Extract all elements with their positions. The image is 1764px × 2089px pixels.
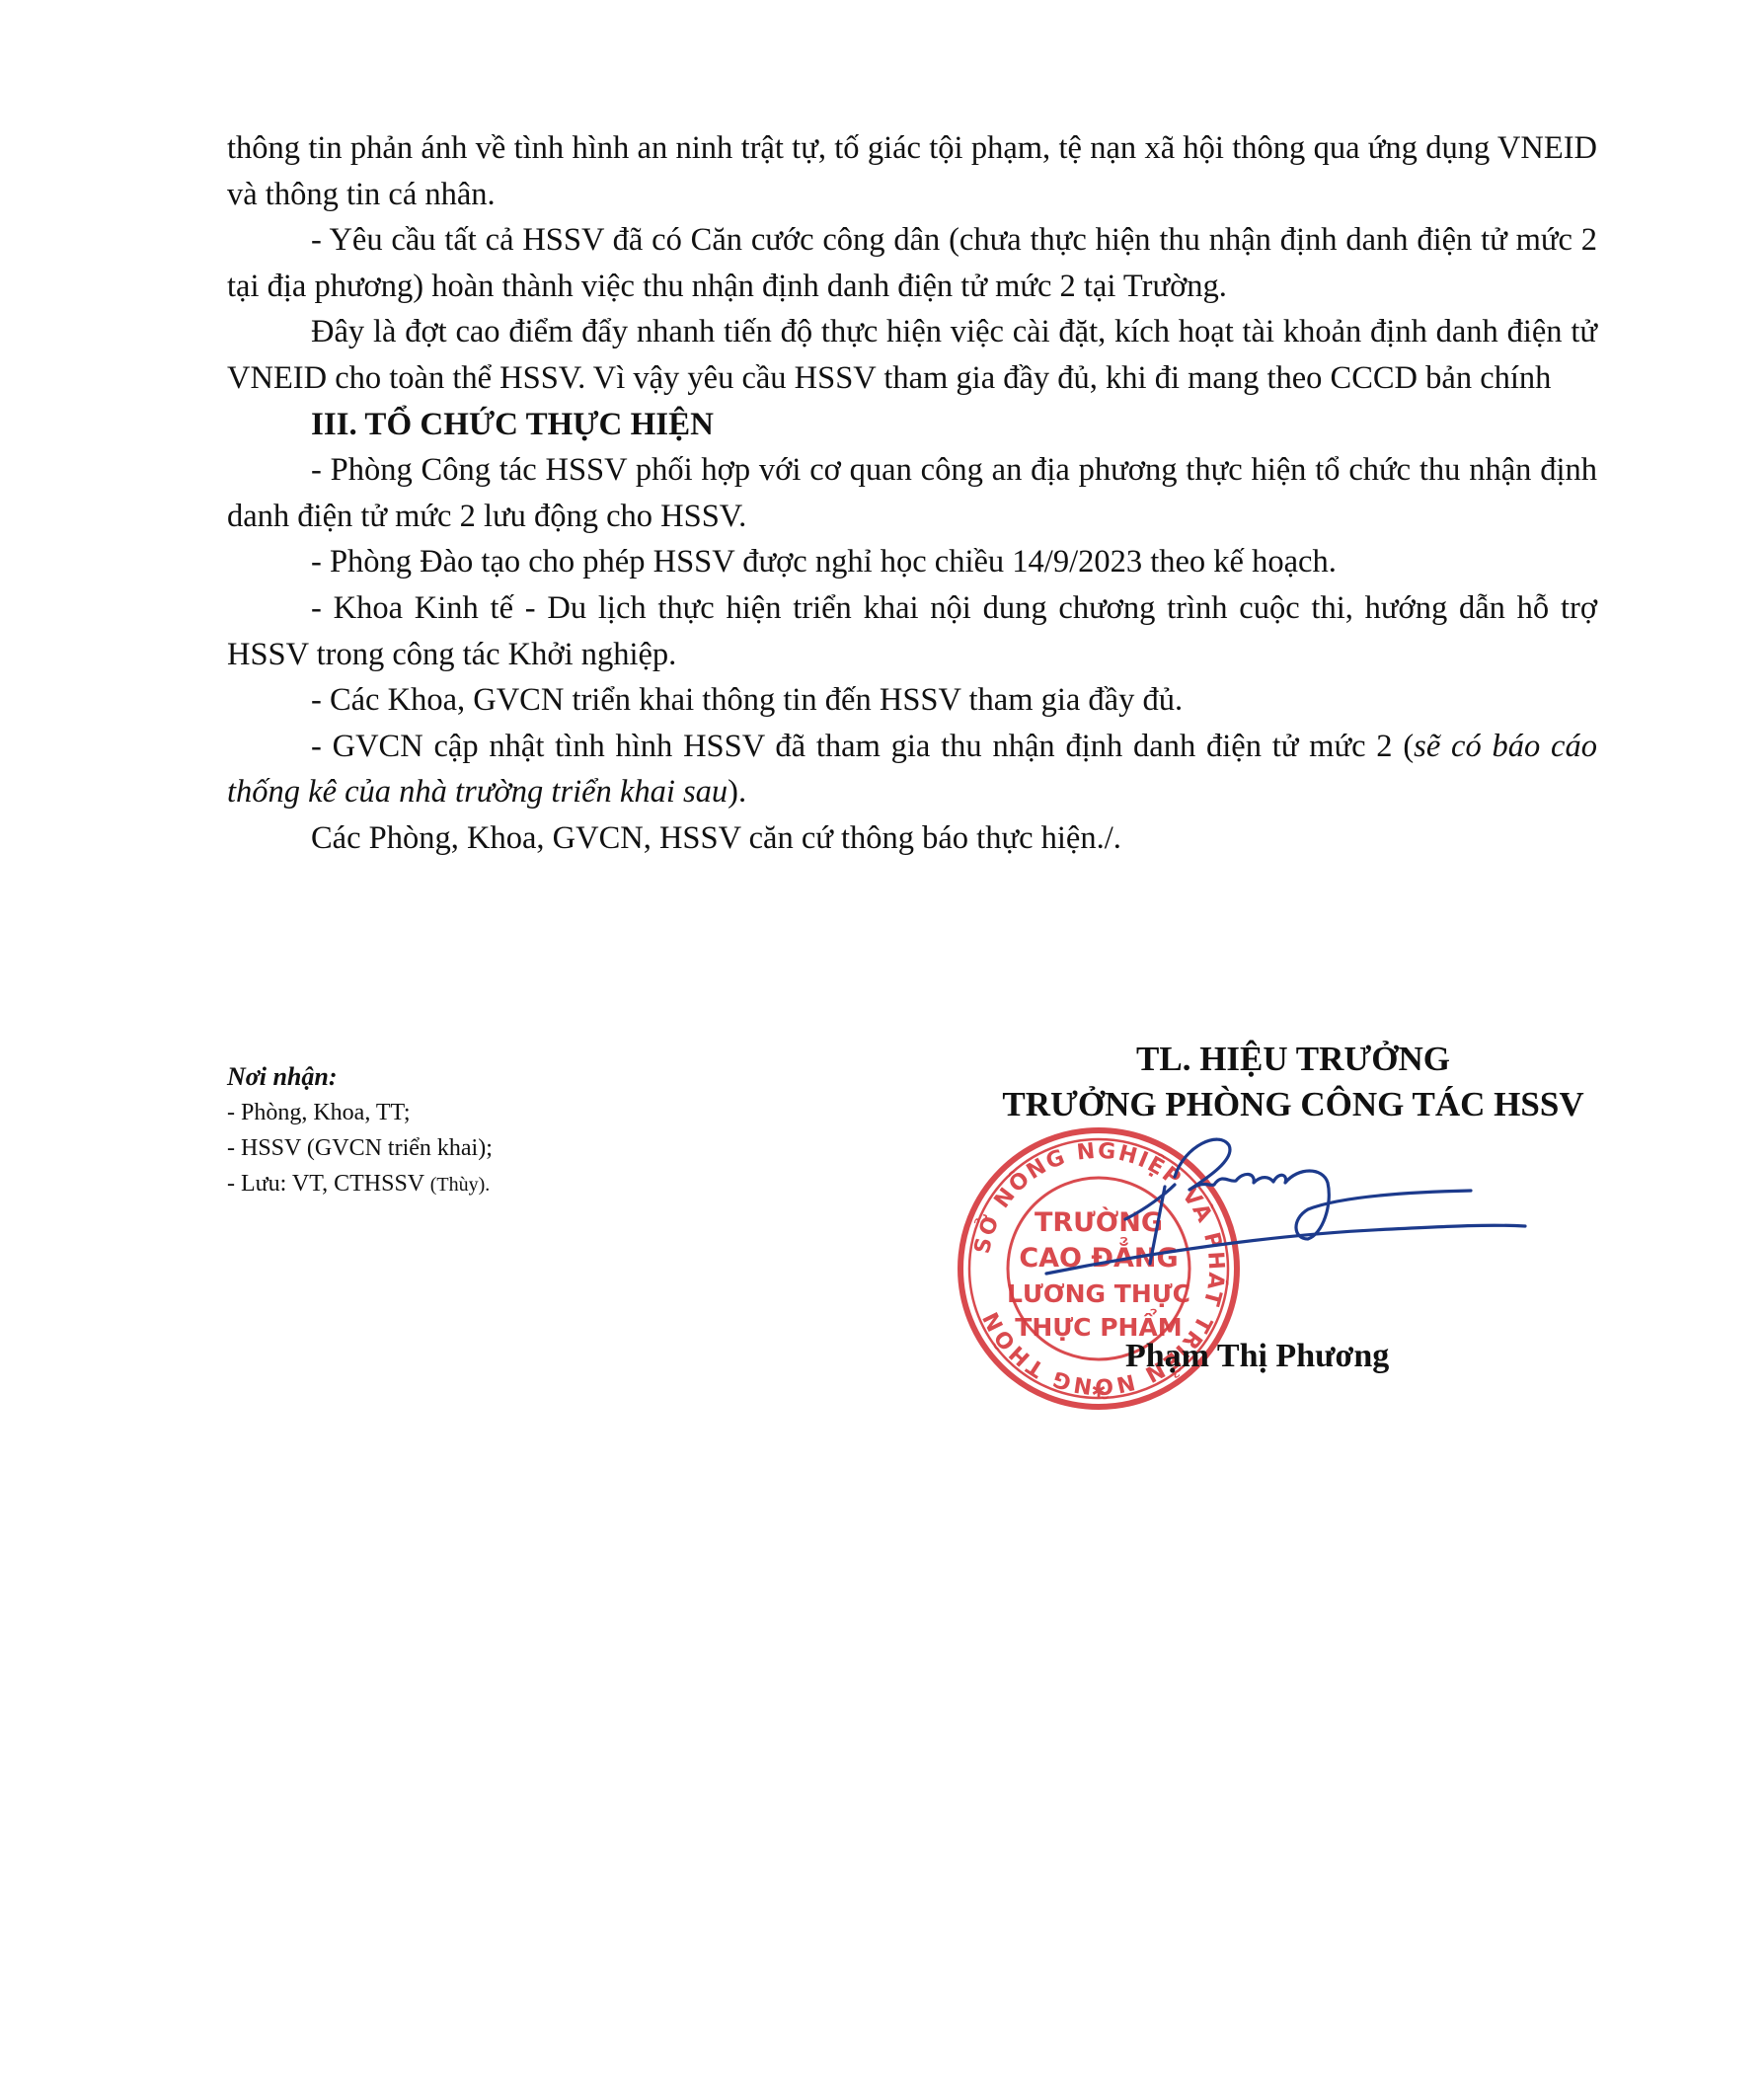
signer-name: Phạm Thị Phương	[1125, 1338, 1389, 1375]
paragraph-continuation: thông tin phản ánh về tình hình an ninh …	[227, 125, 1597, 217]
section-heading: III. TỔ CHỨC THỰC HIỆN	[227, 402, 1597, 448]
list-item: - Phòng Công tác HSSV phối hợp với cơ qu…	[227, 447, 1597, 539]
recipients-block: Nơi nhận: - Phòng, Khoa, TT; - HSSV (GVC…	[227, 1059, 493, 1202]
signature-title-block: TL. HIỆU TRƯỞNG TRƯỞNG PHÒNG CÔNG TÁC HS…	[918, 1037, 1668, 1127]
gvcn-suffix: ).	[728, 774, 746, 810]
svg-text:✱: ✱	[1091, 1381, 1106, 1402]
signature-authority: TL. HIỆU TRƯỞNG	[918, 1037, 1668, 1082]
handwritten-signature-icon	[1027, 1125, 1579, 1323]
recipient-note: (Thùy).	[430, 1174, 491, 1196]
list-item-gvcn: - GVCN cập nhật tình hình HSSV đã tham g…	[227, 724, 1597, 815]
recipient-item: - Lưu: VT, CTHSSV (Thùy).	[227, 1166, 493, 1202]
list-item: - Khoa Kinh tế - Du lịch thực hiện triển…	[227, 585, 1597, 677]
recipient-item: - Phòng, Khoa, TT;	[227, 1095, 493, 1130]
list-item: - Phòng Đào tạo cho phép HSSV được nghỉ …	[227, 539, 1597, 585]
paragraph-campaign: Đây là đợt cao điểm đẩy nhanh tiến độ th…	[227, 309, 1597, 401]
gvcn-prefix: - GVCN cập nhật tình hình HSSV đã tham g…	[311, 729, 1414, 764]
list-item: - Các Khoa, GVCN triển khai thông tin đế…	[227, 677, 1597, 724]
document-page: thông tin phản ánh về tình hình an ninh …	[0, 0, 1764, 2089]
document-body: thông tin phản ánh về tình hình an ninh …	[227, 125, 1597, 862]
closing-line: Các Phòng, Khoa, GVCN, HSSV căn cứ thông…	[227, 815, 1597, 862]
recipients-title: Nơi nhận:	[227, 1059, 493, 1095]
paragraph-requirement: - Yêu cầu tất cả HSSV đã có Căn cước côn…	[227, 217, 1597, 309]
recipient-item: - HSSV (GVCN triển khai);	[227, 1130, 493, 1166]
